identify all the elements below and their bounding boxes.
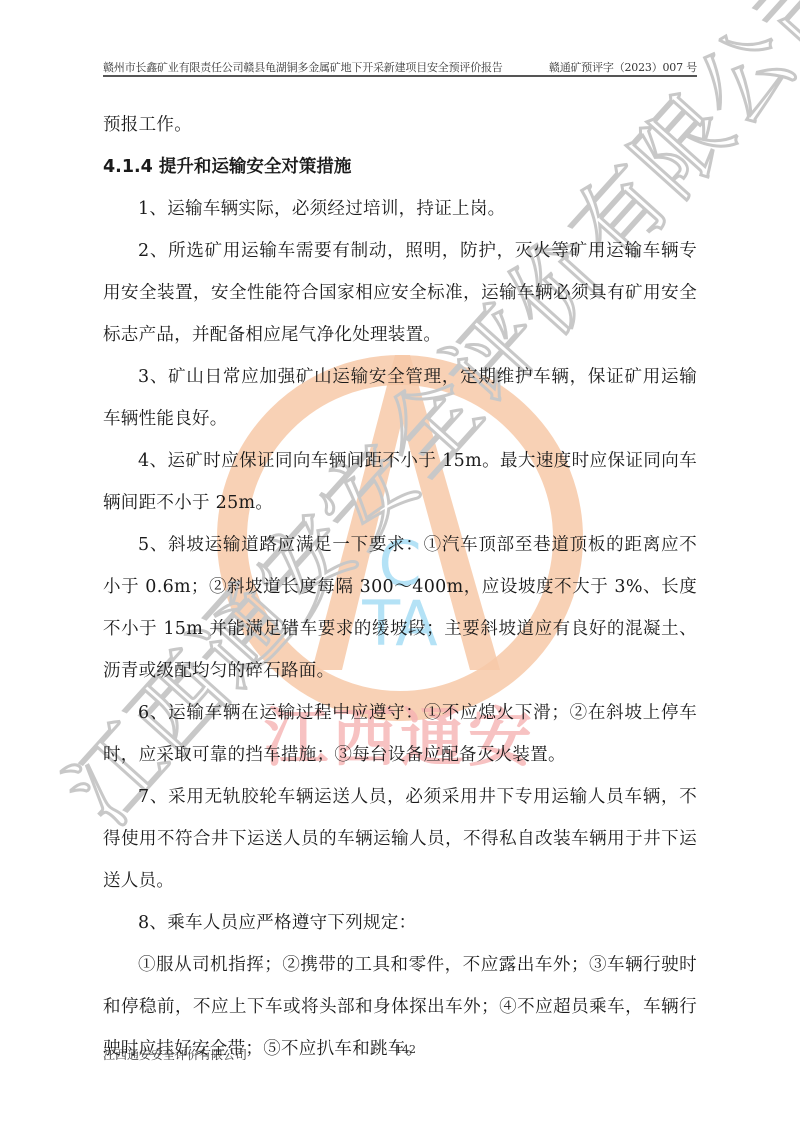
report-title: 赣州市长鑫矿业有限责任公司赣县龟湖铜多金属矿地下开采新建项目安全预评价报告	[103, 59, 503, 75]
list-item-1: 1、运输车辆实际，必须经过培训，持证上岗。	[103, 188, 697, 230]
list-item-2: 2、所选矿用运输车需要有制动，照明，防护，灭火等矿用运输车辆专用安全装置，安全性…	[103, 230, 697, 356]
page-header: 赣州市长鑫矿业有限责任公司赣县龟湖铜多金属矿地下开采新建项目安全预评价报告 赣通…	[103, 58, 697, 75]
list-item-7: 7、采用无轨胶轮车辆运送人员，必须采用井下专用运输人员车辆，不得使用不符合井下运…	[103, 776, 697, 902]
list-item-8: 8、乘车人员应严格遵守下列规定：	[103, 902, 697, 944]
document-number: 赣通矿预评字（2023）007 号	[549, 59, 697, 75]
footer-company: 江西通安安全评价有限公司	[103, 1046, 247, 1063]
section-heading: 4.1.4 提升和运输安全对策措施	[103, 146, 697, 188]
header-divider	[103, 75, 697, 77]
list-item-5: 5、斜坡运输道路应满足一下要求：①汽车顶部至巷道顶板的距离应不小于 0.6m；②…	[103, 524, 697, 692]
carryover-text: 预报工作。	[103, 104, 697, 146]
list-item-6: 6、运输车辆在运输过程中应遵守：①不应熄火下滑；②在斜坡上停车时，应采取可靠的挡…	[103, 692, 697, 776]
list-item-4: 4、运矿时应保证同向车辆间距不小于 15m。最大速度时应保证同向车辆间距不小于 …	[103, 440, 697, 524]
page-number: 142	[395, 1043, 416, 1056]
list-item-3: 3、矿山日常应加强矿山运输安全管理，定期维护车辆，保证矿用运输车辆性能良好。	[103, 356, 697, 440]
document-body: 预报工作。 4.1.4 提升和运输安全对策措施 1、运输车辆实际，必须经过培训，…	[103, 104, 697, 1070]
